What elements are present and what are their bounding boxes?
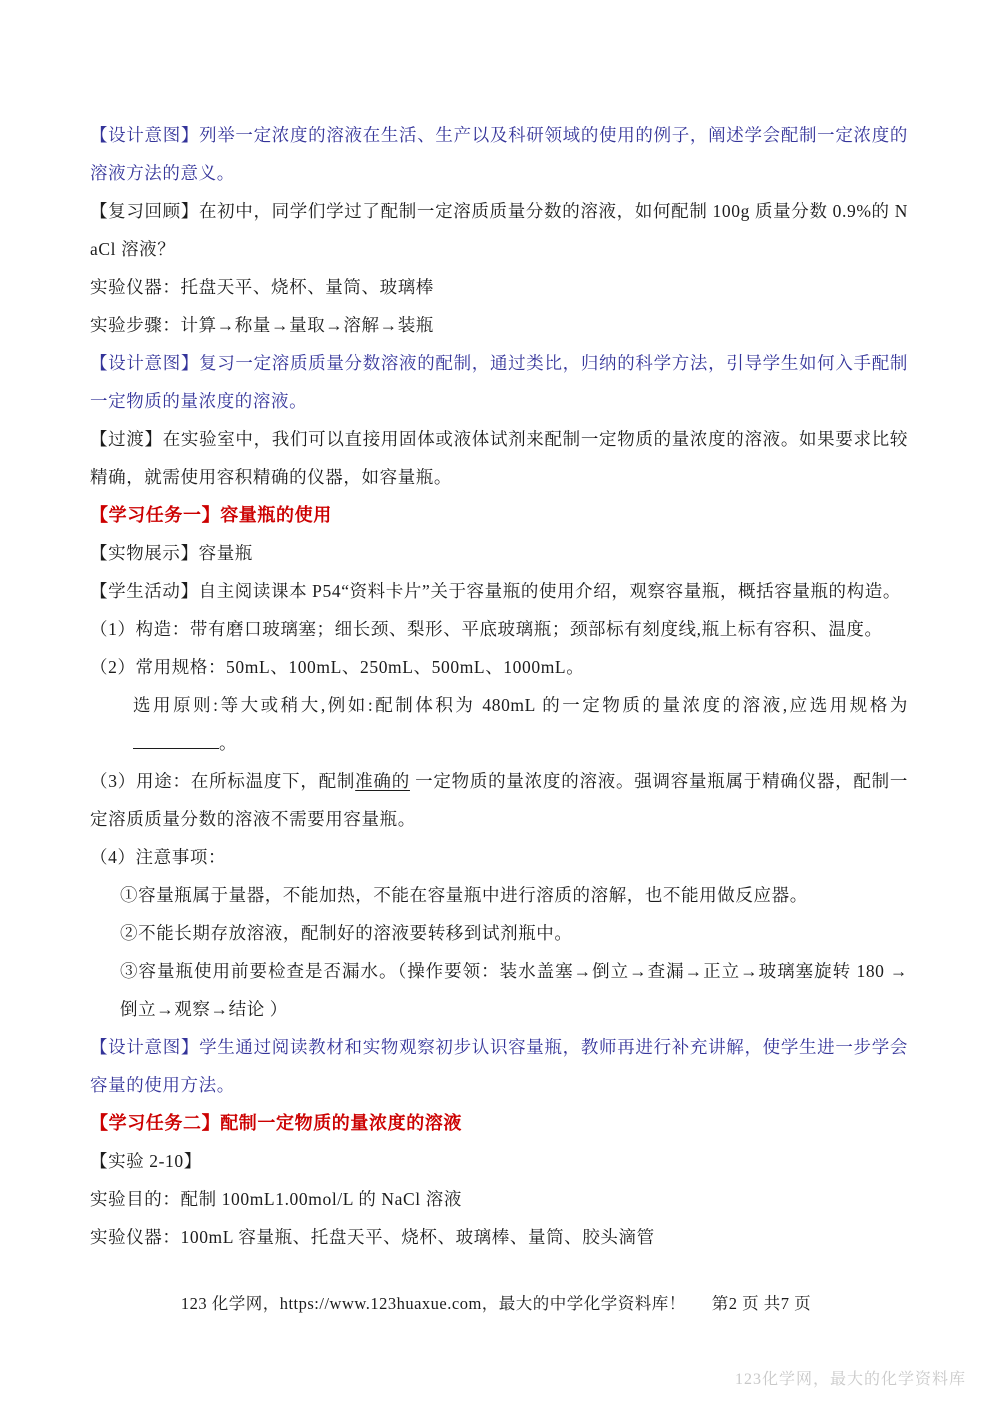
para-design-intent-2: 【设计意图】复习一定溶质质量分数溶液的配制，通过类比，归纳的科学方法，引导学生如… xyxy=(90,344,908,420)
para-experiment-instruments-1: 实验仪器：托盘天平、烧杯、量筒、玻璃棒 xyxy=(90,268,908,306)
para-note-2: ②不能长期存放溶液，配制好的溶液要转移到试剂瓶中。 xyxy=(120,914,908,952)
para-design-intent-1: 【设计意图】列举一定浓度的溶液在生活、生产以及科研领域的使用的例子，阐述学会配制… xyxy=(90,116,908,192)
para-item-specs: （2）常用规格：50mL、100mL、250mL、500mL、1000mL。 xyxy=(90,648,908,686)
footer-site-info: 123 化学网，https://www.123huaxue.com，最大的中学化… xyxy=(181,1294,686,1313)
para-student-activity: 【学生活动】自主阅读课本 P54“资料卡片”关于容量瓶的使用介绍，观察容量瓶，概… xyxy=(90,572,908,610)
heading-task-2: 【学习任务二】配制一定物质的量浓度的溶液 xyxy=(90,1104,908,1142)
heading-task-1: 【学习任务一】容量瓶的使用 xyxy=(90,496,908,534)
para-object-display: 【实物展示】容量瓶 xyxy=(90,534,908,572)
para-experiment-label: 【实验 2-10】 xyxy=(90,1142,908,1180)
document-body: 【设计意图】列举一定浓度的溶液在生活、生产以及科研领域的使用的例子，阐述学会配制… xyxy=(90,116,908,1256)
para-item-notes-heading: （4）注意事项： xyxy=(90,838,908,876)
item-usage-underlined: 准确的 xyxy=(355,771,410,791)
para-note-1: ①容量瓶属于量器，不能加热，不能在容量瓶中进行溶质的溶解，也不能用做反应器。 xyxy=(120,876,908,914)
para-item-usage: （3）用途：在所标温度下，配制准确的 一定物质的量浓度的溶液。强调容量瓶属于精确… xyxy=(90,762,908,838)
para-item-structure: （1）构造：带有磨口玻璃塞；细长颈、梨形、平底玻璃瓶；颈部标有刻度线,瓶上标有容… xyxy=(90,610,908,648)
para-review-recall: 【复习回顾】在初中，同学们学过了配制一定溶质质量分数的溶液，如何配制 100g … xyxy=(90,192,908,268)
para-experiment-instruments-2: 实验仪器：100mL 容量瓶、托盘天平、烧杯、玻璃棒、量筒、胶头滴管 xyxy=(90,1218,908,1256)
item-usage-pre: （3）用途：在所标温度下，配制 xyxy=(90,771,355,791)
page-footer: 123 化学网，https://www.123huaxue.com，最大的中学化… xyxy=(0,1290,992,1314)
para-experiment-goal: 实验目的：配制 100mL1.00mol/L 的 NaCl 溶液 xyxy=(90,1180,908,1218)
watermark: 123化学网，最大的化学资料库 xyxy=(735,1366,966,1389)
para-design-intent-3: 【设计意图】学生通过阅读教材和实物观察初步认识容量瓶，教师再进行补充讲解，使学生… xyxy=(90,1028,908,1104)
footer-page-number: 第2 页 共7 页 xyxy=(712,1294,811,1313)
fill-in-blank xyxy=(133,747,219,749)
selection-principle-text: 选用原则:等大或稍大,例如:配制体积为 480mL 的一定物质的量浓度的溶液,应… xyxy=(133,695,908,715)
document-page: 【设计意图】列举一定浓度的溶液在生活、生产以及科研领域的使用的例子，阐述学会配制… xyxy=(0,0,992,1403)
para-transition: 【过渡】在实验室中，我们可以直接用固体或液体试剂来配制一定物质的量浓度的溶液。如… xyxy=(90,420,908,496)
para-experiment-steps: 实验步骤：计算→称量→量取→溶解→装瓶 xyxy=(90,306,908,344)
para-note-3: ③容量瓶使用前要检查是否漏水。（操作要领：装水盖塞→倒立→查漏→正立→玻璃塞旋转… xyxy=(120,952,908,1028)
selection-principle-period: 。 xyxy=(219,733,237,753)
para-selection-principle: 选用原则:等大或稍大,例如:配制体积为 480mL 的一定物质的量浓度的溶液,应… xyxy=(133,686,908,762)
